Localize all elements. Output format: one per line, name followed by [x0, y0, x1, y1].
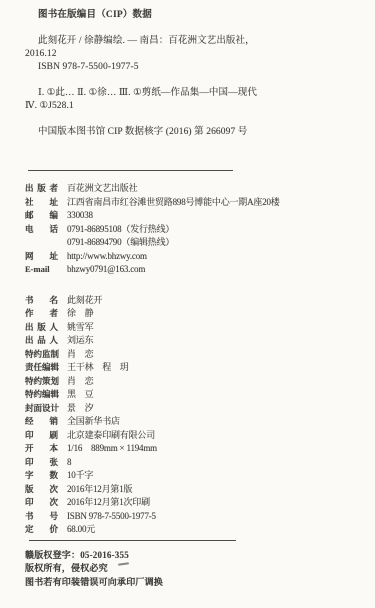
- info-label: 出版者: [25, 182, 58, 196]
- info-value: 肖 恋: [67, 348, 93, 362]
- info-label: 特约策划: [25, 375, 58, 389]
- info-value: 1/16 889mm × 1194mm: [67, 442, 157, 456]
- info-value: 330038: [67, 209, 93, 223]
- info-row: 邮编330038: [25, 209, 363, 223]
- info-label: 版次: [25, 483, 58, 497]
- info-label: 书名: [25, 294, 58, 308]
- cip-line: ISBN 978-7-5500-1977-5: [25, 61, 363, 74]
- info-label: 印次: [25, 496, 58, 510]
- info-label: 责任编辑: [25, 361, 58, 375]
- info-row: 社址江西省南昌市红谷滩世贸路898号博能中心一期A座20楼: [25, 196, 363, 210]
- info-value: 王干林 程 玥: [67, 361, 129, 375]
- info-row: 字数10千字: [25, 469, 363, 483]
- cip-line: 此刻花开 / 徐静编绘. — 南昌：百花洲文艺出版社，: [25, 35, 363, 48]
- cip-lines: 此刻花开 / 徐静编绘. — 南昌：百花洲文艺出版社，2016.12ISBN 9…: [25, 35, 363, 139]
- cip-line: Ⅰ. ①此… Ⅱ. ①徐… Ⅲ. ①剪纸—作品集—中国—现代: [25, 87, 363, 100]
- info-value: 黑 豆: [67, 388, 93, 402]
- cip-block: 图书在版编目（CIP）数据 此刻花开 / 徐静编绘. — 南昌：百花洲文艺出版社…: [25, 9, 363, 139]
- info-label: 经销: [25, 415, 58, 429]
- info-row: 特约策划肖 恋: [25, 375, 363, 389]
- footer-line: 图书若有印装错误可向承印厂调换: [25, 576, 363, 590]
- info-value: 江西省南昌市红谷滩世贸路898号博能中心一期A座20楼: [67, 196, 280, 210]
- info-row: 出版者百花洲文艺出版社: [25, 182, 363, 196]
- book-copyright-page: 图书在版编目（CIP）数据 此刻花开 / 徐静编绘. — 南昌：百花洲文艺出版社…: [0, 0, 375, 608]
- info-value: 刘运东: [67, 334, 93, 348]
- info-value: ISBN 978-7-5500-1977-5: [67, 510, 156, 524]
- info-row: 书名此刻花开: [25, 294, 363, 308]
- info-row: 印刷北京建泰印刷有限公司: [25, 429, 363, 443]
- info-label: 特约监制: [25, 348, 58, 362]
- info-value: 0791-86895108（发行热线）: [67, 223, 174, 237]
- info-row: 印张8: [25, 456, 363, 470]
- footer-line: 版权所有，侵权必究: [25, 562, 363, 576]
- info-label: E-mail: [25, 263, 58, 277]
- info-row: 印次2016年12月第1次印刷: [25, 496, 363, 510]
- info-label: 出版人: [25, 321, 58, 335]
- info-value: 北京建泰印刷有限公司: [67, 429, 155, 443]
- info-label: 开本: [25, 442, 58, 456]
- info-row: 作者徐 静: [25, 307, 363, 321]
- info-row: 封面设计景 汐: [25, 402, 363, 416]
- info-value: 2016年12月第1次印刷: [67, 496, 150, 510]
- info-value: 10千字: [67, 469, 93, 483]
- info-value: 8: [67, 456, 71, 470]
- info-label: 作者: [25, 307, 58, 321]
- info-label: 出品人: [25, 334, 58, 348]
- info-value: 百花洲文艺出版社: [67, 182, 137, 196]
- info-row: 书号ISBN 978-7-5500-1977-5: [25, 510, 363, 524]
- info-label: 特约编辑: [25, 388, 58, 402]
- info-value: bhzwy0791@163.com: [67, 263, 145, 277]
- cip-line: 中国版本图书馆 CIP 数据核字 (2016) 第 266097 号: [25, 126, 363, 139]
- footer-notices: 赣版权登字：05-2016-355版权所有，侵权必究图书若有印装错误可向承印厂调…: [25, 549, 363, 590]
- cip-line: 2016.12: [25, 48, 363, 61]
- info-label: 电话: [25, 223, 58, 237]
- info-row: 责任编辑王干林 程 玥: [25, 361, 363, 375]
- info-row: 特约监制肖 恋: [25, 348, 363, 362]
- info-row: 网址http://www.bhzwy.com: [25, 250, 363, 264]
- info-label: 印刷: [25, 429, 58, 443]
- info-label: 网址: [25, 250, 58, 264]
- divider-bottom: [29, 540, 236, 541]
- info-label: 定价: [25, 523, 58, 537]
- footer-line: 赣版权登字：05-2016-355: [25, 549, 363, 563]
- info-row: 特约编辑黑 豆: [25, 388, 363, 402]
- info-value: http://www.bhzwy.com: [67, 250, 147, 264]
- info-row: 电话0791-86895108（发行热线）: [25, 223, 363, 237]
- info-value: 全国新华书店: [67, 415, 120, 429]
- info-value: 此刻花开: [67, 294, 102, 308]
- info-row: 开本1/16 889mm × 1194mm: [25, 442, 363, 456]
- info-value: 徐 静: [67, 307, 93, 321]
- info-label: 邮编: [25, 209, 58, 223]
- info-label: 封面设计: [25, 402, 58, 416]
- info-value: 景 汐: [67, 402, 93, 416]
- info-label: 印张: [25, 456, 58, 470]
- info-label: 社址: [25, 196, 58, 210]
- info-label: 书号: [25, 510, 58, 524]
- info-value: 2016年12月第1版: [67, 483, 132, 497]
- info-row: 出品人刘运东: [25, 334, 363, 348]
- info-value: 68.00元: [67, 523, 95, 537]
- info-row: 经销全国新华书店: [25, 415, 363, 429]
- publication-info-table: 出版者百花洲文艺出版社社址江西省南昌市红谷滩世贸路898号博能中心一期A座20楼…: [25, 182, 363, 537]
- divider-top: [28, 170, 233, 171]
- info-value: 0791-86894790（编辑热线）: [67, 236, 174, 250]
- info-label: 字数: [25, 469, 58, 483]
- info-row: 0791-86894790（编辑热线）: [25, 236, 363, 250]
- cip-line: Ⅳ. ①J528.1: [25, 100, 363, 113]
- info-row: 出版人姚雪军: [25, 321, 363, 335]
- cip-heading: 图书在版编目（CIP）数据: [25, 9, 363, 22]
- info-row: 版次2016年12月第1版: [25, 483, 363, 497]
- info-row: 定价68.00元: [25, 523, 363, 537]
- info-value: 姚雪军: [67, 321, 93, 335]
- info-value: 肖 恋: [67, 375, 93, 389]
- info-row: E-mailbhzwy0791@163.com: [25, 263, 363, 277]
